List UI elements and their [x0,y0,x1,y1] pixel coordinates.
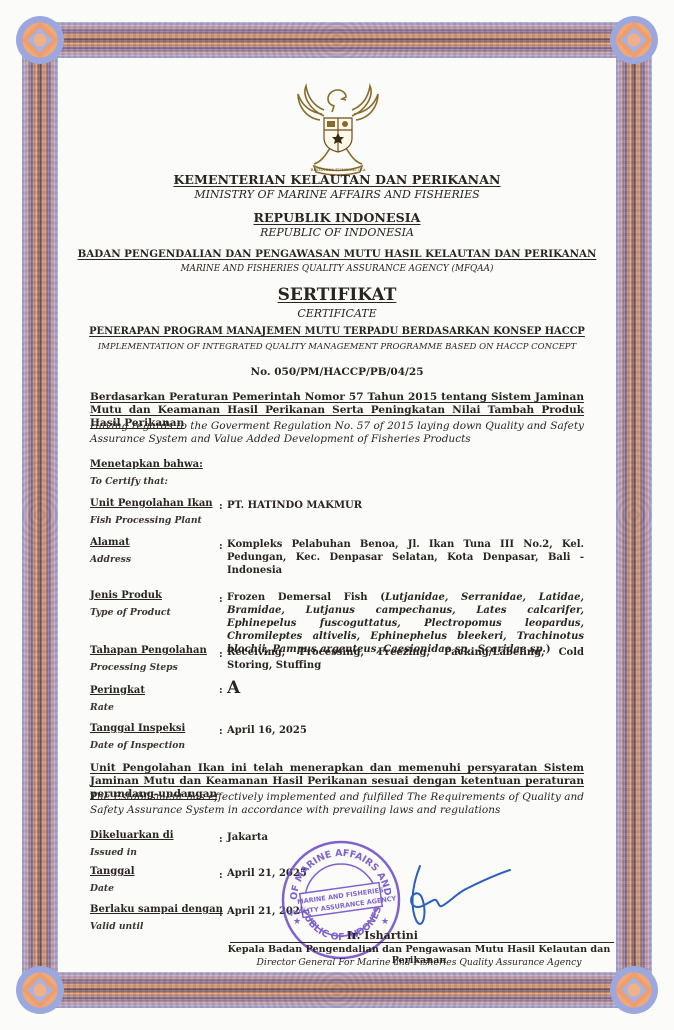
field-address-label: Alamat Address [90,537,131,565]
border-bottom [44,972,630,1008]
field-inspection-label: Tanggal Inspeksi Date of Inspection [90,723,185,751]
certificate-sheet: BHINNEKA TUNGGAL IKA KEMENTERIAN KELAUTA… [60,60,614,970]
certificate-title: SERTIFIKAT [60,285,614,305]
colon: : [219,834,223,845]
signer-name: Ir. Ishartini [230,929,614,942]
colon: : [219,870,223,881]
field-steps-label: Tahapan Pengolahan Processing Steps [90,645,207,673]
signature-icon [398,846,528,936]
field-plant-value: PT. HATINDO MAKMUR [227,499,584,512]
colon: : [219,685,223,696]
corner-ornament [16,16,64,64]
corner-ornament [16,966,64,1014]
field-product-label: Jenis Produk Type of Product [90,590,171,618]
corner-ornament [610,16,658,64]
compliance-text-en: The Establisment has effectively impleme… [90,791,584,817]
valid-until-label: Berlaku sampai dengan Valid until [90,904,223,932]
certify-label: Menetapkan bahwa: To Certify that: [90,459,203,487]
program-title-en: IMPLEMENTATION OF INTEGRATED QUALITY MAN… [60,342,614,352]
colon: : [219,501,223,512]
field-steps-value: Receiving, Processing, Freezing, Packing… [227,646,584,672]
issue-date-label: Tanggal Date [90,866,135,894]
border-top [44,22,630,58]
country-title: REPUBLIK INDONESIA [60,210,614,225]
colon: : [219,726,223,737]
certificate-title-en: CERTIFICATE [60,307,614,320]
svg-text:★: ★ [381,917,389,927]
certificate-number: No. 050/PM/HACCP/PB/04/25 [60,366,614,378]
ministry-title-en: MINISTRY OF MARINE AFFAIRS AND FISHERIES [60,188,614,201]
border-left [22,44,58,986]
field-rate-value: A [227,682,584,695]
colon: : [219,908,223,919]
regulation-text-en: Having regards to the Goverment Regulati… [90,420,584,446]
field-plant-label: Unit Pengolahan Ikan Fish Processing Pla… [90,498,213,526]
issued-in-label: Dikeluarkan di Issued in [90,830,174,858]
field-inspection-value: April 16, 2025 [227,724,584,737]
garuda-emblem-icon: BHINNEKA TUNGGAL IKA [294,82,382,178]
field-rate-label: Peringkat Rate [90,685,145,713]
colon: : [219,649,223,660]
signature-line [230,942,614,943]
country-title-en: REPUBLIC OF INDONESIA [60,226,614,239]
corner-ornament [610,966,658,1014]
field-address-value: Kompleks Pelabuhan Benoa, Jl. Ikan Tuna … [227,538,584,577]
agency-title-en: MARINE AND FISHERIES QUALITY ASSURANCE A… [60,264,614,274]
ministry-title: KEMENTERIAN KELAUTAN DAN PERIKANAN [60,172,614,187]
signer-title-en: Director General For Marine and Fisherie… [220,957,618,968]
colon: : [219,594,223,605]
colon: : [219,541,223,552]
agency-title: BADAN PENGENDALIAN DAN PENGAWASAN MUTU H… [60,248,614,260]
border-right [616,44,652,986]
program-title: PENERAPAN PROGRAM MANAJEMEN MUTU TERPADU… [60,326,614,337]
svg-text:★: ★ [293,917,301,927]
